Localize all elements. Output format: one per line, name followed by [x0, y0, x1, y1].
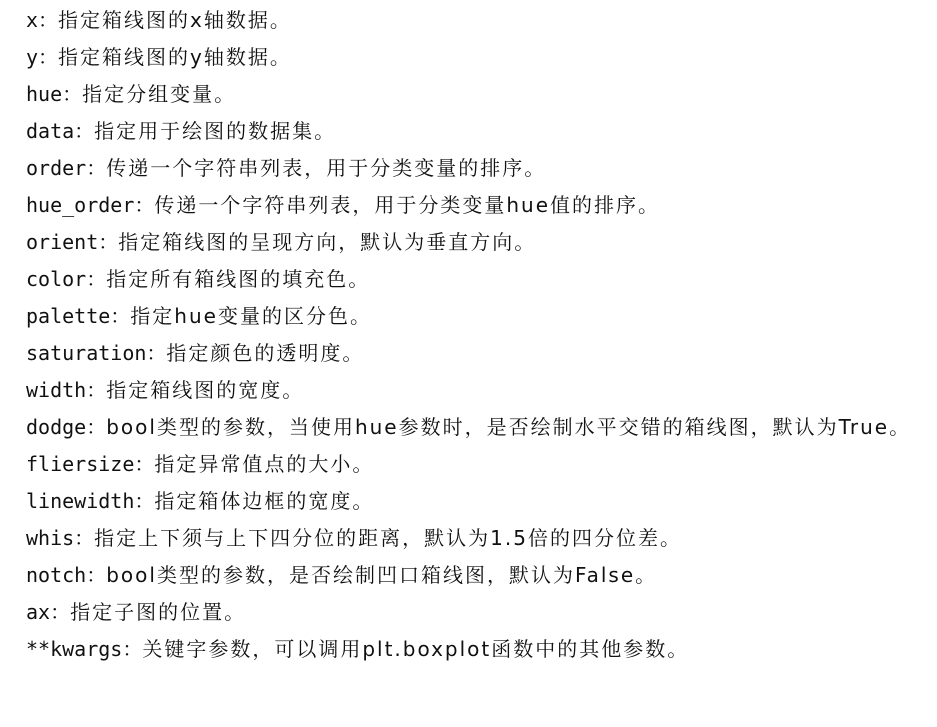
- param-description: 指定箱线图的x轴数据。: [58, 8, 292, 32]
- param-description: 传递一个字符串列表，用于分类变量hue值的排序。: [154, 193, 660, 217]
- param-notch: notch：bool类型的参数，是否绘制凹口箱线图，默认为False。: [26, 557, 926, 594]
- param-name: **kwargs: [26, 637, 122, 661]
- param-separator: ：: [146, 341, 166, 365]
- parameter-list: x：指定箱线图的x轴数据。 y：指定箱线图的y轴数据。 hue：指定分组变量。 …: [26, 2, 926, 668]
- param-separator: ：: [134, 452, 154, 476]
- param-description: 指定箱体边框的宽度。: [154, 489, 374, 513]
- param-name: linewidth: [26, 489, 134, 513]
- param-name: saturation: [26, 341, 146, 365]
- param-name: hue: [26, 82, 62, 106]
- param-name: y: [26, 45, 38, 69]
- param-name: palette: [26, 304, 110, 328]
- param-description: bool类型的参数，是否绘制凹口箱线图，默认为False。: [106, 563, 657, 587]
- param-separator: ：: [38, 45, 58, 69]
- param-separator: ：: [86, 267, 106, 291]
- param-name: whis: [26, 526, 74, 550]
- param-description: 指定用于绘图的数据集。: [94, 119, 336, 143]
- param-color: color：指定所有箱线图的填充色。: [26, 261, 926, 298]
- param-separator: ：: [86, 378, 106, 402]
- param-description: 指定上下须与上下四分位的距离，默认为1.5倍的四分位差。: [94, 526, 682, 550]
- param-name: ax: [26, 600, 50, 624]
- param-hue: hue：指定分组变量。: [26, 76, 926, 113]
- param-name: x: [26, 8, 38, 32]
- param-separator: ：: [110, 304, 130, 328]
- param-name: data: [26, 119, 74, 143]
- param-separator: ：: [74, 119, 94, 143]
- param-palette: palette：指定hue变量的区分色。: [26, 298, 926, 335]
- param-name: orient: [26, 230, 98, 254]
- param-description: 指定颜色的透明度。: [166, 341, 364, 365]
- param-description: 传递一个字符串列表，用于分类变量的排序。: [106, 156, 546, 180]
- param-description: 指定异常值点的大小。: [154, 452, 374, 476]
- param-kwargs: **kwargs：关键字参数，可以调用plt.boxplot函数中的其他参数。: [26, 631, 926, 668]
- param-description: 指定分组变量。: [82, 82, 236, 106]
- param-dodge: dodge：bool类型的参数，当使用hue参数时，是否绘制水平交错的箱线图，默…: [26, 409, 926, 446]
- param-name: fliersize: [26, 452, 134, 476]
- param-description: 指定hue变量的区分色。: [130, 304, 372, 328]
- param-name: dodge: [26, 415, 86, 439]
- param-description: 指定子图的位置。: [70, 600, 246, 624]
- param-separator: ：: [38, 8, 58, 32]
- param-separator: ：: [134, 489, 154, 513]
- param-separator: ：: [134, 193, 154, 217]
- param-description: 指定箱线图的宽度。: [106, 378, 304, 402]
- param-description: 指定所有箱线图的填充色。: [106, 267, 370, 291]
- param-separator: ：: [74, 526, 94, 550]
- param-description: 指定箱线图的y轴数据。: [58, 45, 292, 69]
- param-name: width: [26, 378, 86, 402]
- param-y: y：指定箱线图的y轴数据。: [26, 39, 926, 76]
- param-separator: ：: [86, 563, 106, 587]
- param-separator: ：: [50, 600, 70, 624]
- param-linewidth: linewidth：指定箱体边框的宽度。: [26, 483, 926, 520]
- param-separator: ：: [122, 637, 142, 661]
- param-data: data：指定用于绘图的数据集。: [26, 113, 926, 150]
- param-name: notch: [26, 563, 86, 587]
- param-separator: ：: [86, 415, 106, 439]
- param-orient: orient：指定箱线图的呈现方向，默认为垂直方向。: [26, 224, 926, 261]
- param-description: 关键字参数，可以调用plt.boxplot函数中的其他参数。: [142, 637, 689, 661]
- param-separator: ：: [86, 156, 106, 180]
- param-width: width：指定箱线图的宽度。: [26, 372, 926, 409]
- param-hue-order: hue_order：传递一个字符串列表，用于分类变量hue值的排序。: [26, 187, 926, 224]
- param-x: x：指定箱线图的x轴数据。: [26, 2, 926, 39]
- param-name: hue_order: [26, 193, 134, 217]
- param-fliersize: fliersize：指定异常值点的大小。: [26, 446, 926, 483]
- param-separator: ：: [62, 82, 82, 106]
- param-whis: whis：指定上下须与上下四分位的距离，默认为1.5倍的四分位差。: [26, 520, 926, 557]
- param-name: color: [26, 267, 86, 291]
- param-order: order：传递一个字符串列表，用于分类变量的排序。: [26, 150, 926, 187]
- param-ax: ax：指定子图的位置。: [26, 594, 926, 631]
- param-saturation: saturation：指定颜色的透明度。: [26, 335, 926, 372]
- param-separator: ：: [98, 230, 118, 254]
- param-description: 指定箱线图的呈现方向，默认为垂直方向。: [118, 230, 536, 254]
- param-description: bool类型的参数，当使用hue参数时，是否绘制水平交错的箱线图，默认为True…: [106, 415, 911, 439]
- param-name: order: [26, 156, 86, 180]
